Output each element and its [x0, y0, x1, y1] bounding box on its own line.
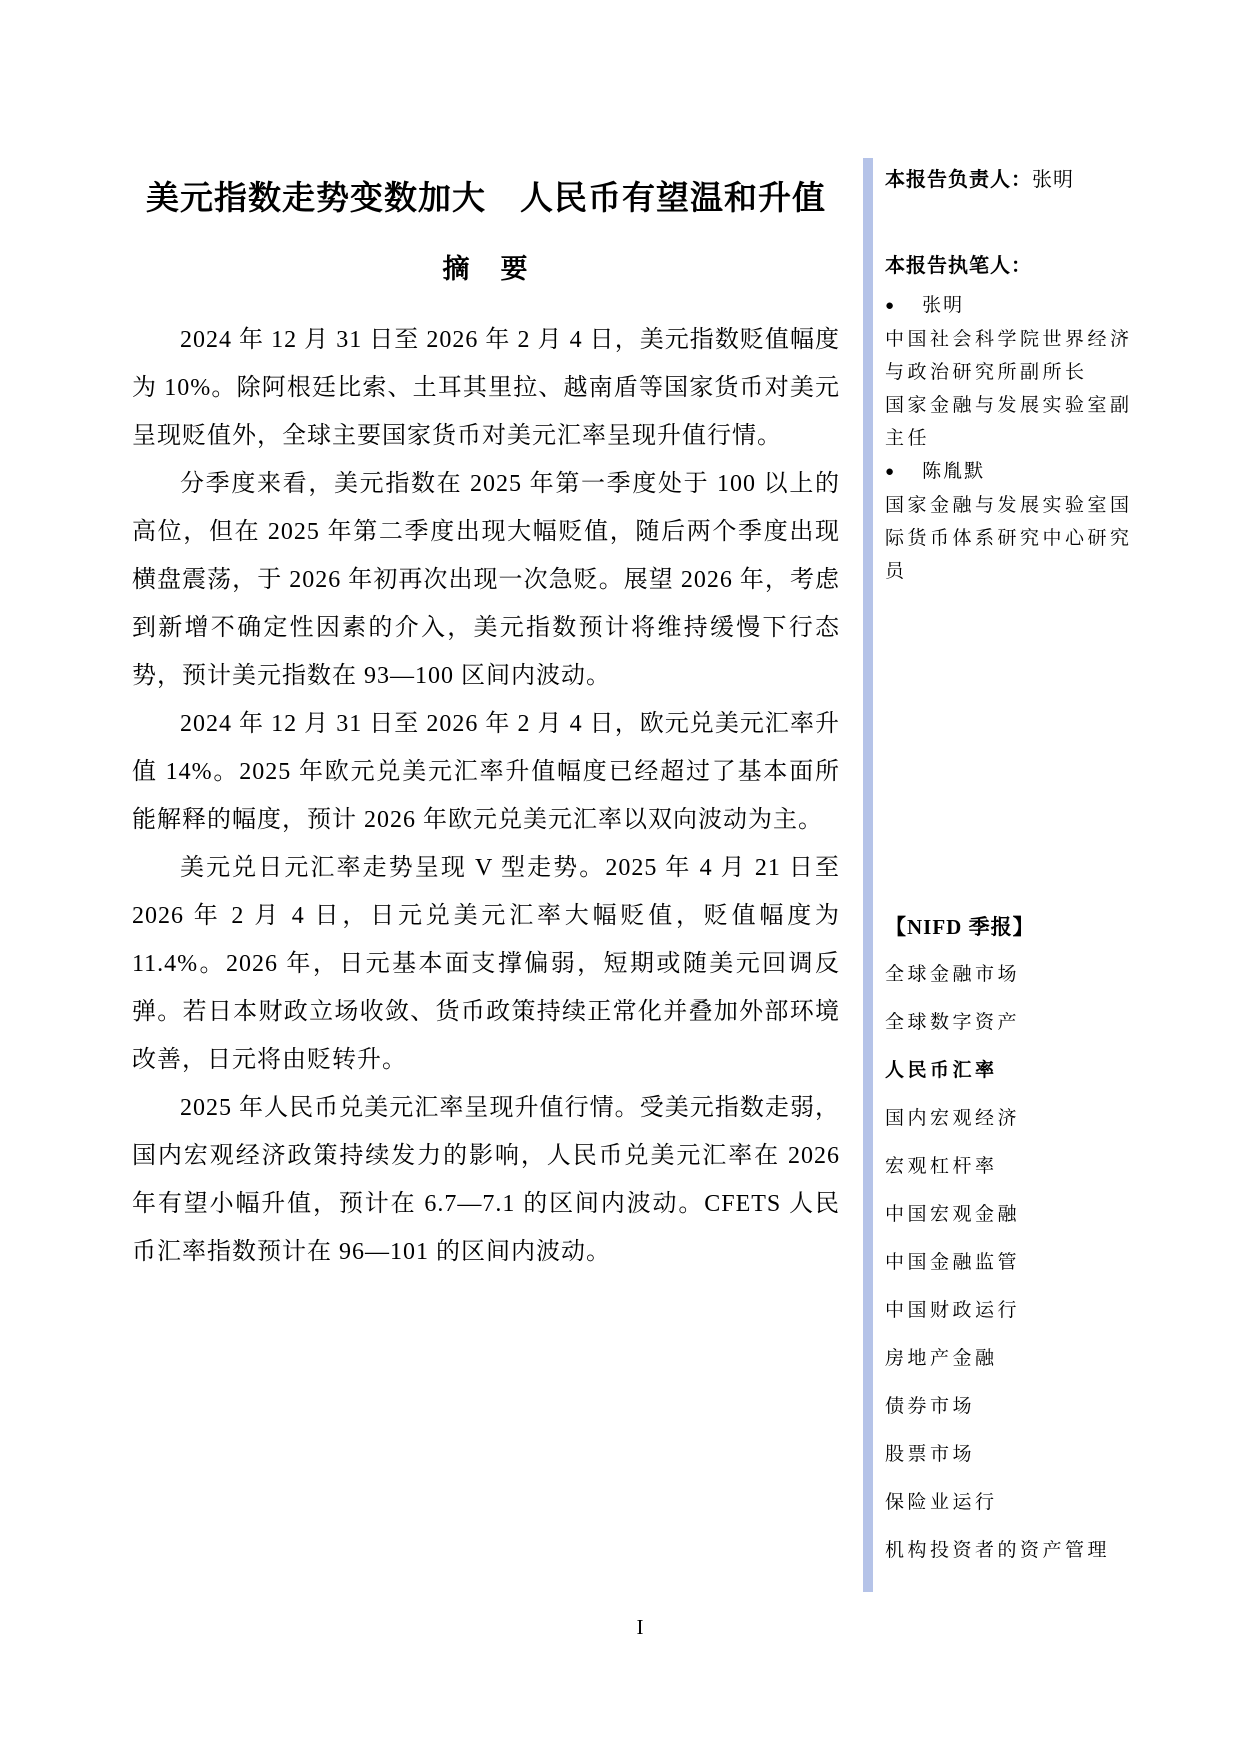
abstract-paragraph: 2024 年 12 月 31 日至 2026 年 2 月 4 日，欧元兑美元汇率… — [132, 700, 840, 844]
series-item: 全球金融市场 — [885, 951, 1165, 999]
abstract-paragraph: 2024 年 12 月 31 日至 2026 年 2 月 4 日，美元指数贬值幅… — [132, 316, 840, 460]
abstract-paragraph: 分季度来看，美元指数在 2025 年第一季度处于 100 以上的高位，但在 20… — [132, 460, 840, 700]
author-name: ●陈胤默 — [885, 455, 1137, 489]
series-item: 人民币汇率 — [885, 1047, 1165, 1095]
author-title: 国家金融与发展实验室副主任 — [885, 389, 1137, 455]
abstract-body: 2024 年 12 月 31 日至 2026 年 2 月 4 日，美元指数贬值幅… — [132, 316, 840, 1276]
series-item: 中国金融监管 — [885, 1239, 1165, 1287]
report-lead-row: 本报告负责人：张明 — [885, 166, 1137, 194]
series-item: 机构投资者的资产管理 — [885, 1527, 1165, 1575]
author-title: 中国社会科学院世界经济与政治研究所副所长 — [885, 323, 1137, 389]
report-page: 美元指数走势变数加大 人民币有望温和升值 摘 要 2024 年 12 月 31 … — [0, 0, 1240, 1754]
author-name-text: 陈胤默 — [922, 461, 985, 482]
bullet-icon: ● — [885, 456, 896, 489]
sidebar: 本报告负责人：张明 本报告执笔人： ●张明中国社会科学院世界经济与政治研究所副所… — [885, 0, 1137, 1754]
series-item: 保险业运行 — [885, 1479, 1165, 1527]
abstract-paragraph: 2025 年人民币兑美元汇率呈现升值行情。受美元指数走弱，国内宏观经济政策持续发… — [132, 1084, 840, 1276]
author-name: ●张明 — [885, 289, 1137, 323]
sidebar-divider — [863, 158, 873, 1592]
abstract-paragraph: 美元兑日元汇率走势呈现 V 型走势。2025 年 4 月 21 日至 2026 … — [132, 844, 840, 1084]
bullet-icon: ● — [885, 290, 896, 323]
series-item: 中国宏观金融 — [885, 1191, 1165, 1239]
page-number: I — [560, 1614, 720, 1640]
series-item: 房地产金融 — [885, 1335, 1165, 1383]
series-item: 宏观杠杆率 — [885, 1143, 1165, 1191]
series-item: 国内宏观经济 — [885, 1095, 1165, 1143]
series-item: 债券市场 — [885, 1383, 1165, 1431]
author-name-text: 张明 — [922, 295, 964, 316]
report-writers-block: 本报告执笔人： ●张明中国社会科学院世界经济与政治研究所副所长国家金融与发展实验… — [885, 250, 1137, 588]
report-writers-label: 本报告执笔人： — [885, 250, 1137, 283]
authors-list: ●张明中国社会科学院世界经济与政治研究所副所长国家金融与发展实验室副主任●陈胤默… — [885, 289, 1137, 588]
series-item: 全球数字资产 — [885, 999, 1165, 1047]
author-title: 国家金融与发展实验室国际货币体系研究中心研究员 — [885, 489, 1137, 588]
series-item: 中国财政运行 — [885, 1287, 1165, 1335]
nifd-series-label: 【NIFD 季报】 — [885, 903, 1165, 951]
abstract-heading: 摘 要 — [132, 252, 840, 286]
main-column: 美元指数走势变数加大 人民币有望温和升值 摘 要 2024 年 12 月 31 … — [132, 176, 840, 1276]
report-lead-name: 张明 — [1032, 169, 1074, 191]
series-item: 股票市场 — [885, 1431, 1165, 1479]
nifd-series-list: 全球金融市场全球数字资产人民币汇率国内宏观经济宏观杠杆率中国宏观金融中国金融监管… — [885, 951, 1165, 1575]
report-lead-label: 本报告负责人： — [885, 169, 1032, 191]
nifd-series-block: 【NIFD 季报】 全球金融市场全球数字资产人民币汇率国内宏观经济宏观杠杆率中国… — [885, 903, 1165, 1575]
page-title: 美元指数走势变数加大 人民币有望温和升值 — [132, 176, 840, 220]
